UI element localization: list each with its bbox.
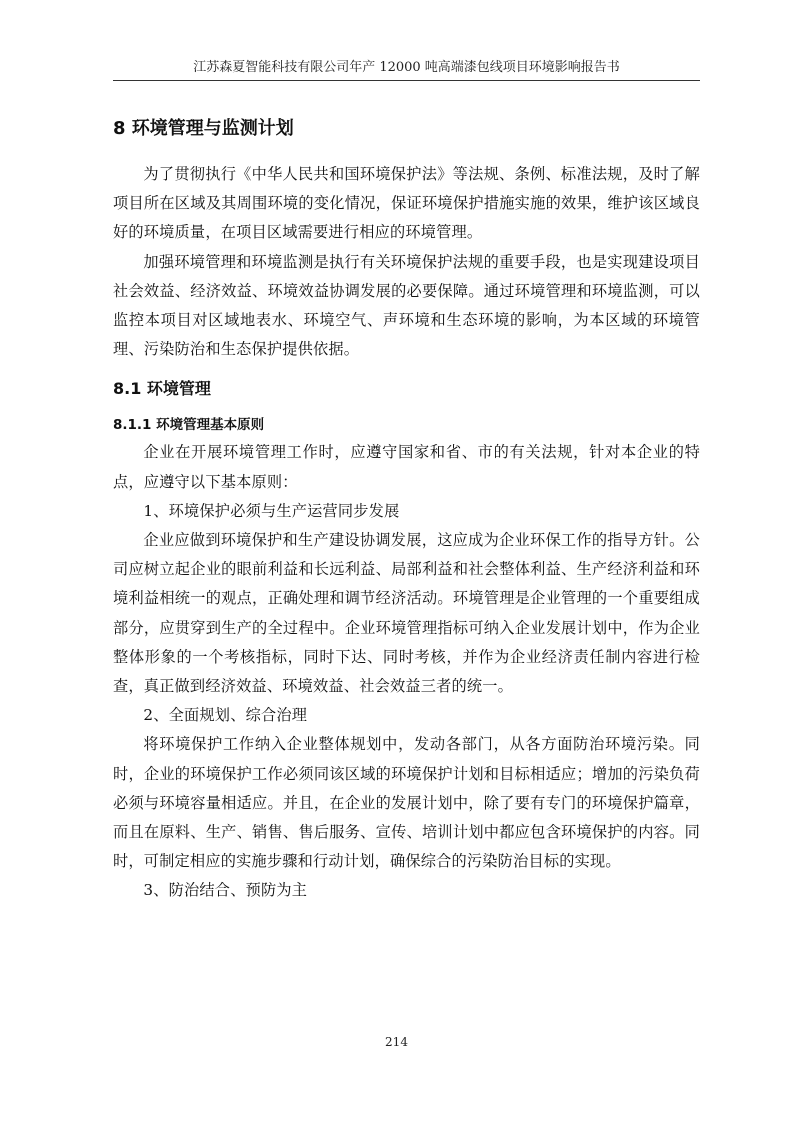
principle-3-title: 3、防治结合、预防为主 [113,876,700,905]
running-header: 江苏森夏智能科技有限公司年产 12000 吨高端漆包线项目环境影响报告书 [113,60,700,81]
principles-intro: 企业在开展环境管理工作时，应遵守国家和省、市的有关法规，针对本企业的特点，应遵守… [113,438,700,496]
chapter-heading: 8 环境管理与监测计划 [113,112,700,146]
subsection-heading: 8.1.1 环境管理基本原则 [113,412,700,438]
page-number: 214 [0,1035,793,1049]
principle-1-title: 1、环境保护必须与生产运营同步发展 [113,497,700,526]
principle-2-body: 将环境保护工作纳入企业整体规划中，发动各部门，从各方面防治环境污染。同时，企业的… [113,730,700,876]
page-body: 8 环境管理与监测计划 为了贯彻执行《中华人民共和国环境保护法》等法规、条例、标… [113,112,700,906]
principle-1-body: 企业应做到环境保护和生产建设协调发展，这应成为企业环保工作的指导方针。公司应树立… [113,526,700,701]
principle-2-title: 2、全面规划、综合治理 [113,701,700,730]
intro-paragraph-1: 为了贯彻执行《中华人民共和国环境保护法》等法规、条例、标准法规，及时了解项目所在… [113,160,700,248]
section-heading: 8.1 环境管理 [113,374,700,404]
intro-paragraph-2: 加强环境管理和环境监测是执行有关环境保护法规的重要手段，也是实现建设项目社会效益… [113,248,700,365]
